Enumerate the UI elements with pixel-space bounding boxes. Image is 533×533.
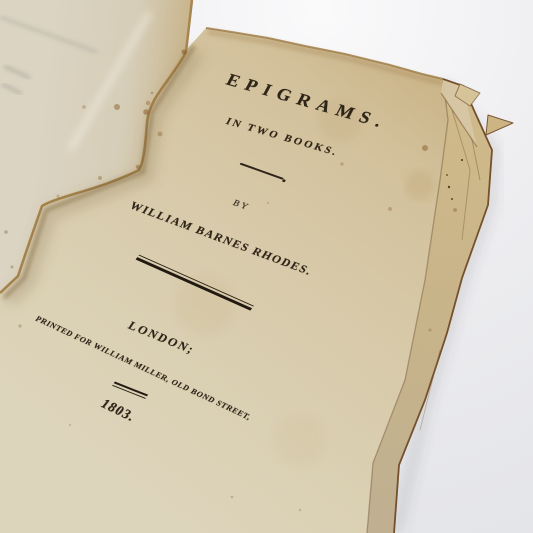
foxing-blotch — [318, 98, 362, 142]
edge-speck — [446, 174, 448, 176]
foxing-blotch — [274, 414, 326, 466]
book-photo-scene — [0, 0, 533, 533]
foxing-blotch — [175, 275, 235, 335]
edge-speck — [448, 186, 450, 188]
edge-speck — [461, 159, 463, 161]
edge-speck — [451, 198, 453, 200]
foxing-blotch — [405, 170, 435, 200]
book-title-page-photo: EPIGRAMS. IN TWO BOOKS. BY WILLIAM BARNE… — [0, 0, 533, 533]
